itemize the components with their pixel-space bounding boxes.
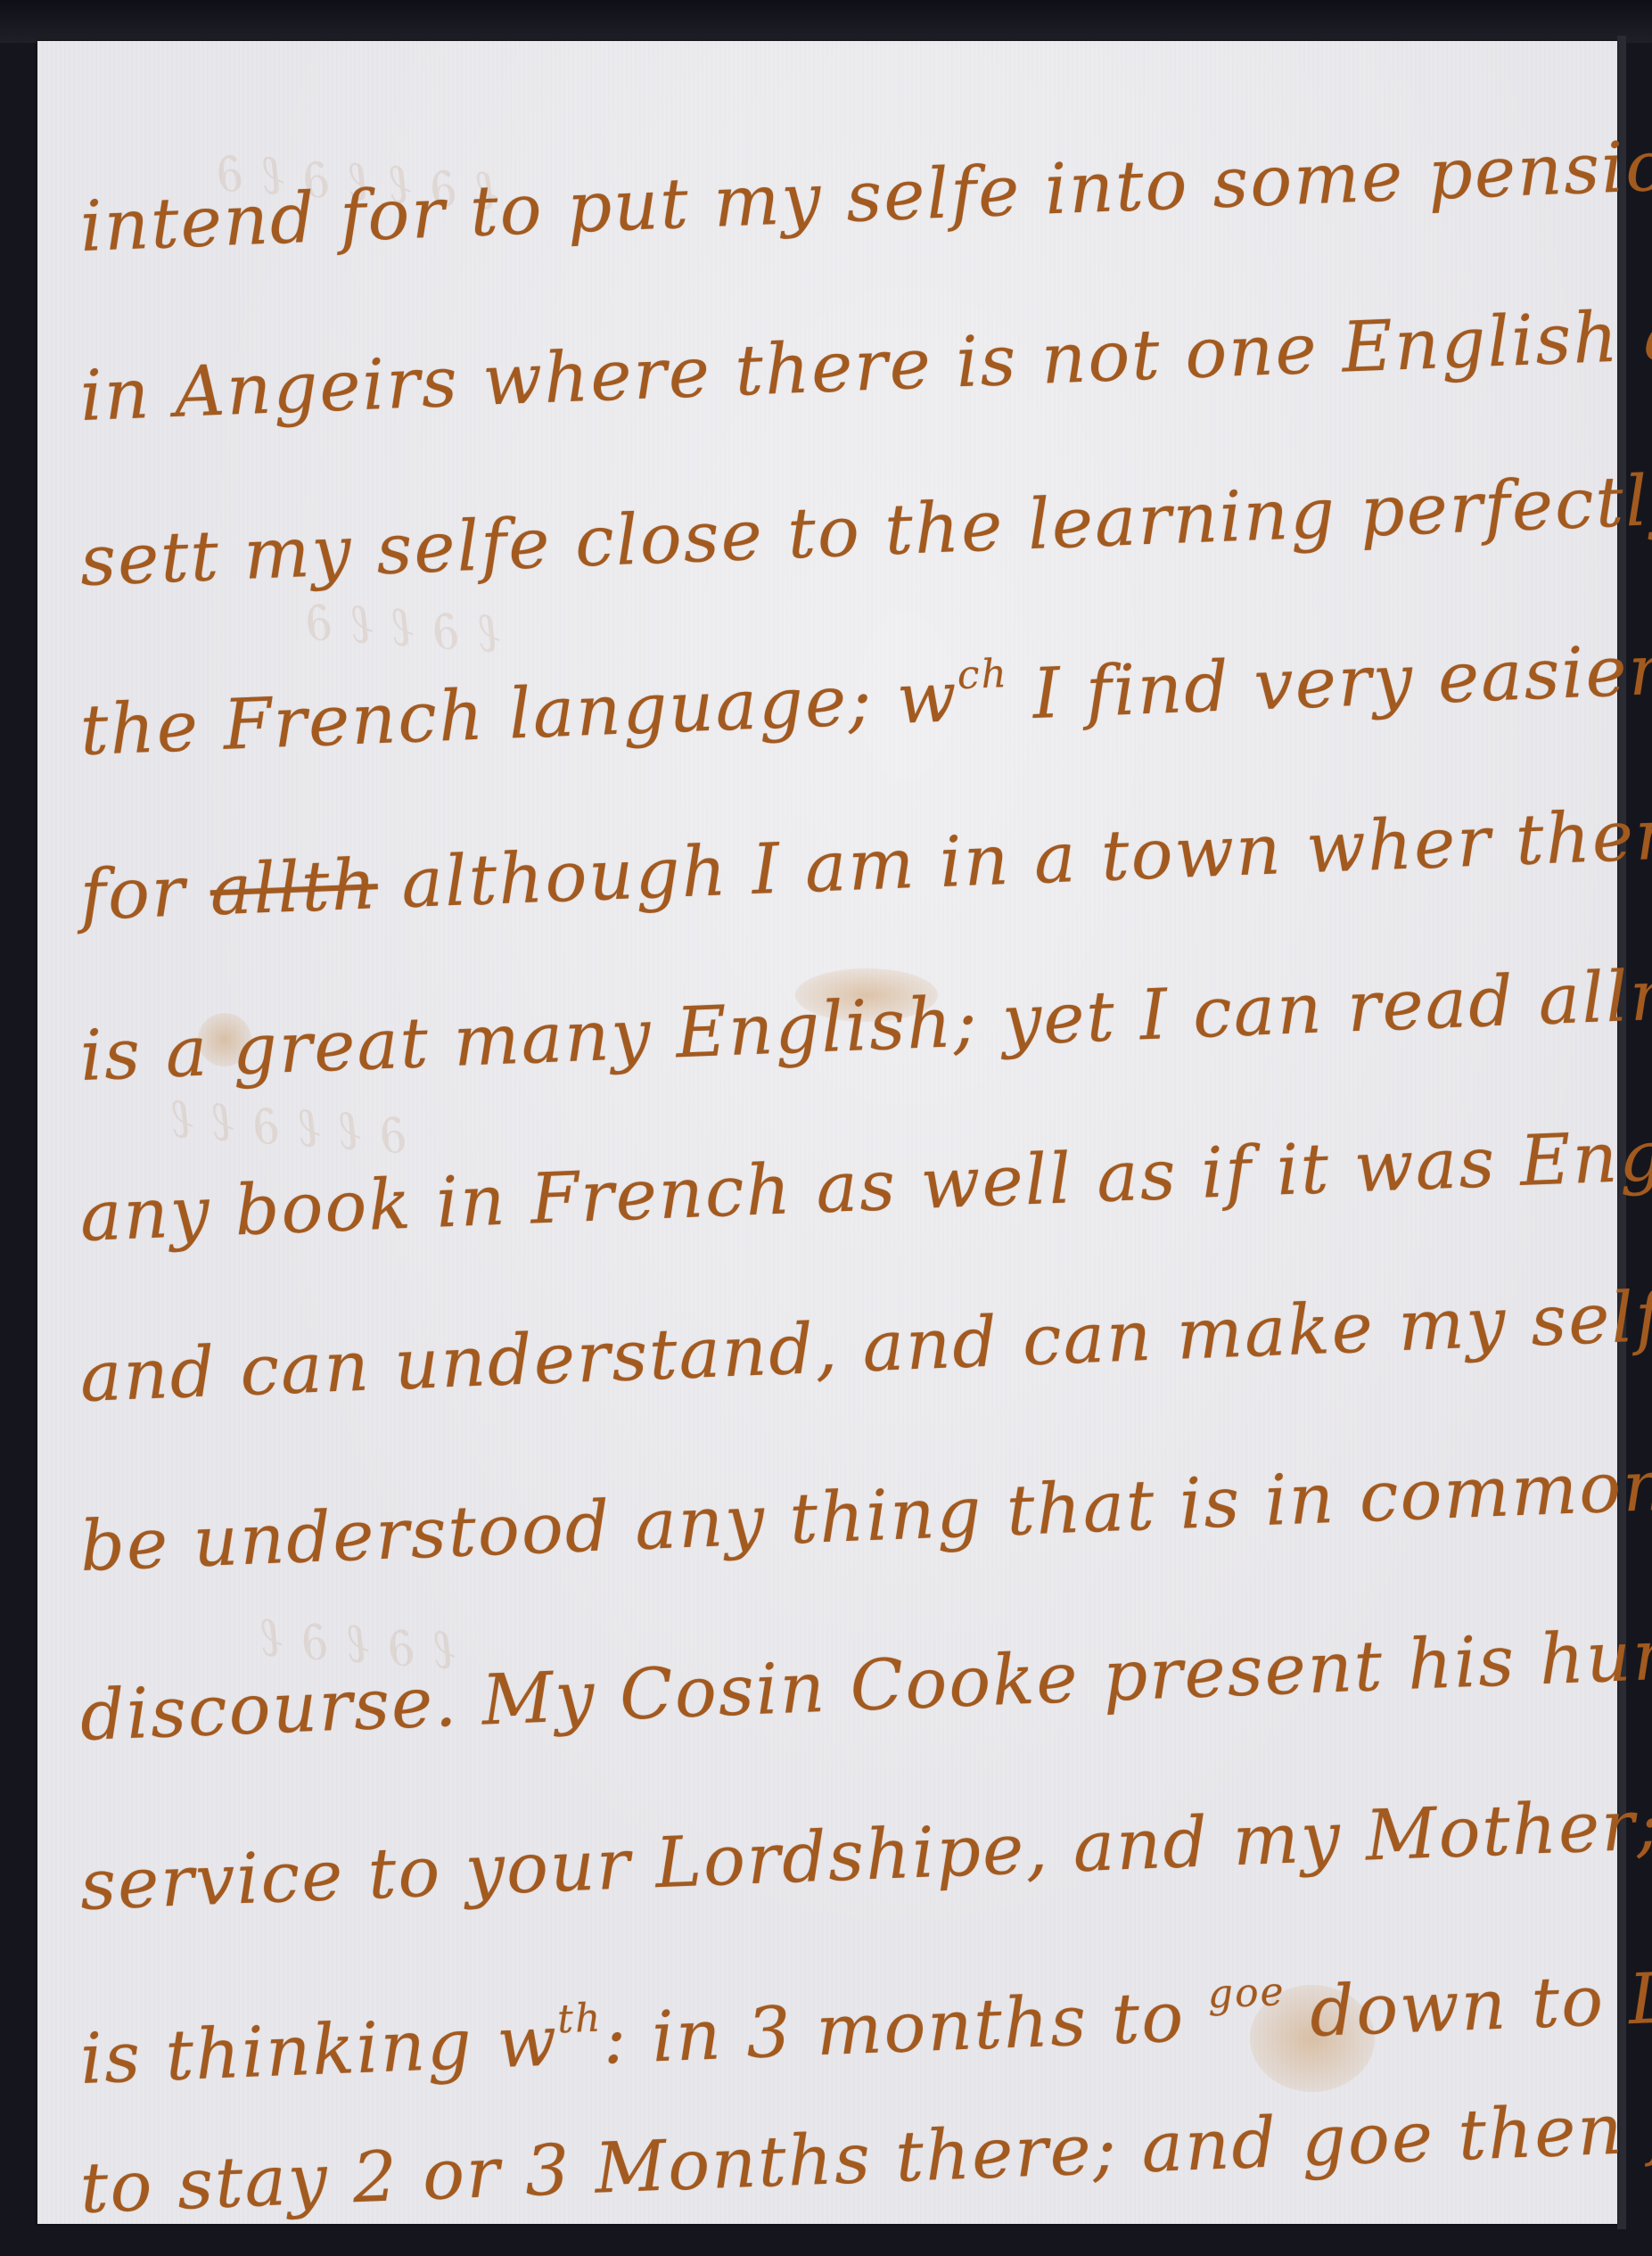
superscript-abbreviation: th [556,1996,603,2043]
superscript-insertion: goe [1207,1969,1286,2017]
superscript-abbreviation: ch [957,651,1009,698]
ink-bleed-through: ℓ ∂ ℓ ℓ ∂ [303,587,504,666]
dark-backdrop [0,0,1652,43]
ink-bleed-through: ∂ ℓ ℓ ∂ ℓ ℓ [169,1085,410,1167]
struck-through-word: allth [209,844,379,931]
